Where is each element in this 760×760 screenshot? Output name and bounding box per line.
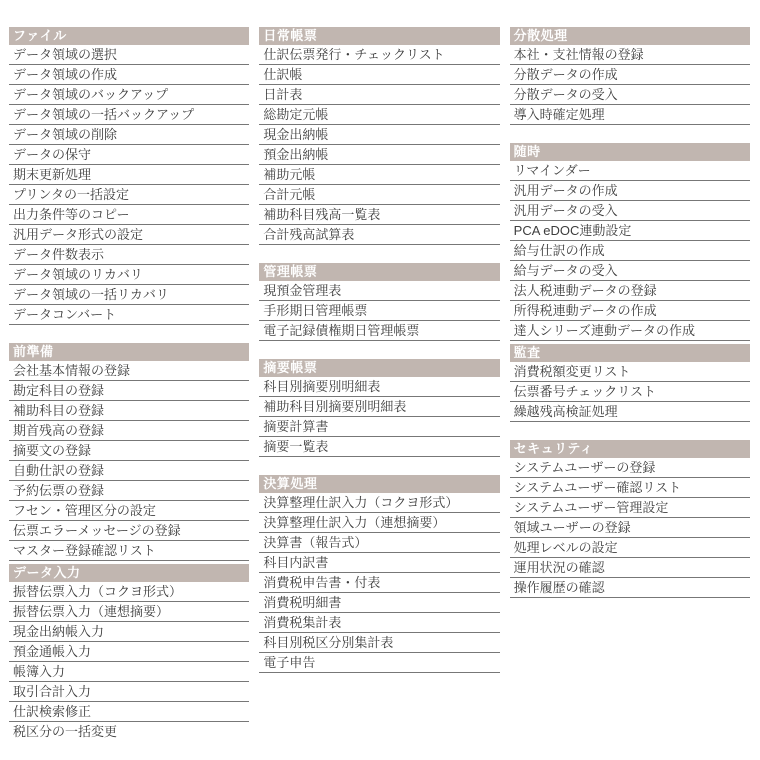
menu-item[interactable]: 消費税集計表: [259, 613, 499, 633]
menu-column-3: 分散処理本社・支社情報の登録分散データの作成分散データの受入導入時確定処理随時リ…: [510, 27, 750, 741]
menu-item-list: 科目別摘要別明細表補助科目別摘要別明細表摘要計算書摘要一覧表: [259, 377, 499, 457]
menu-item[interactable]: 科目別摘要別明細表: [259, 377, 499, 397]
menu-section: 分散処理本社・支社情報の登録分散データの作成分散データの受入導入時確定処理: [510, 27, 750, 125]
menu-item[interactable]: 分散データの作成: [510, 65, 750, 85]
menu-item[interactable]: 合計元帳: [259, 185, 499, 205]
menu-section: 随時リマインダー汎用データの作成汎用データの受入PCA eDOC連動設定給与仕訳…: [510, 143, 750, 341]
menu-item[interactable]: 科目内訳書: [259, 553, 499, 573]
menu-item[interactable]: データ領域の選択: [9, 45, 249, 65]
section-header: セキュリティ: [510, 440, 750, 458]
menu-item-list: 決算整理仕訳入力（コクヨ形式）決算整理仕訳入力（連想摘要）決算書（報告式）科目内…: [259, 493, 499, 673]
menu-item[interactable]: PCA eDOC連動設定: [510, 221, 750, 241]
menu-item[interactable]: 汎用データ形式の設定: [9, 225, 249, 245]
menu-section: 管理帳票現預金管理表手形期日管理帳票電子記録債権期日管理帳票: [259, 263, 499, 341]
menu-item[interactable]: 振替伝票入力（連想摘要）: [9, 602, 249, 622]
menu-item[interactable]: システムユーザー管理設定: [510, 498, 750, 518]
menu-item[interactable]: 現金出納帳入力: [9, 622, 249, 642]
menu-item[interactable]: 補助科目別摘要別明細表: [259, 397, 499, 417]
menu-item[interactable]: 預金出納帳: [259, 145, 499, 165]
menu-item[interactable]: 補助科目残高一覧表: [259, 205, 499, 225]
menu-item[interactable]: 現預金管理表: [259, 281, 499, 301]
section-header: 日常帳票: [259, 27, 499, 45]
menu-item[interactable]: 摘要文の登録: [9, 441, 249, 461]
menu-item[interactable]: データ領域の一括リカバリ: [9, 285, 249, 305]
menu-item[interactable]: 科目別税区分別集計表: [259, 633, 499, 653]
menu-item[interactable]: 法人税連動データの登録: [510, 281, 750, 301]
menu-item[interactable]: 日計表: [259, 85, 499, 105]
menu-item[interactable]: 取引合計入力: [9, 682, 249, 702]
section-header: 前準備: [9, 343, 249, 361]
menu-item-list: システムユーザーの登録システムユーザー確認リストシステムユーザー管理設定領域ユー…: [510, 458, 750, 598]
menu-section: 前準備会社基本情報の登録勘定科目の登録補助科目の登録期首残高の登録摘要文の登録自…: [9, 343, 249, 561]
menu-item[interactable]: 手形期日管理帳票: [259, 301, 499, 321]
menu-item[interactable]: 摘要一覧表: [259, 437, 499, 457]
menu-item[interactable]: プリンタの一括設定: [9, 185, 249, 205]
section-header: 随時: [510, 143, 750, 161]
menu-map: ファイルデータ領域の選択データ領域の作成データ領域のバックアップデータ領域の一括…: [0, 0, 760, 741]
menu-item[interactable]: 帳簿入力: [9, 662, 249, 682]
menu-column-2: 日常帳票仕訳伝票発行・チェックリスト仕訳帳日計表総勘定元帳現金出納帳預金出納帳補…: [259, 27, 499, 741]
menu-item[interactable]: データの保守: [9, 145, 249, 165]
menu-item[interactable]: 摘要計算書: [259, 417, 499, 437]
menu-item[interactable]: 導入時確定処理: [510, 105, 750, 125]
menu-item-list: 仕訳伝票発行・チェックリスト仕訳帳日計表総勘定元帳現金出納帳預金出納帳補助元帳合…: [259, 45, 499, 245]
menu-item[interactable]: 給与データの受入: [510, 261, 750, 281]
menu-item[interactable]: 処理レベルの設定: [510, 538, 750, 558]
menu-column-1: ファイルデータ領域の選択データ領域の作成データ領域のバックアップデータ領域の一括…: [9, 27, 249, 741]
menu-item[interactable]: リマインダー: [510, 161, 750, 181]
menu-item[interactable]: データ領域の一括バックアップ: [9, 105, 249, 125]
menu-item[interactable]: 本社・支社情報の登録: [510, 45, 750, 65]
menu-item[interactable]: 消費税申告書・付表: [259, 573, 499, 593]
menu-item[interactable]: 決算整理仕訳入力（コクヨ形式）: [259, 493, 499, 513]
menu-item[interactable]: 繰越残高検証処理: [510, 402, 750, 422]
menu-item[interactable]: データ領域の作成: [9, 65, 249, 85]
menu-item[interactable]: 仕訳検索修正: [9, 702, 249, 722]
section-header: 分散処理: [510, 27, 750, 45]
menu-item[interactable]: 預金通帳入力: [9, 642, 249, 662]
menu-section: 決算処理決算整理仕訳入力（コクヨ形式）決算整理仕訳入力（連想摘要）決算書（報告式…: [259, 475, 499, 673]
menu-item[interactable]: データ領域のリカバリ: [9, 265, 249, 285]
menu-item-list: リマインダー汎用データの作成汎用データの受入PCA eDOC連動設定給与仕訳の作…: [510, 161, 750, 341]
menu-item[interactable]: データコンバート: [9, 305, 249, 325]
menu-item[interactable]: 決算整理仕訳入力（連想摘要）: [259, 513, 499, 533]
menu-section: 日常帳票仕訳伝票発行・チェックリスト仕訳帳日計表総勘定元帳現金出納帳預金出納帳補…: [259, 27, 499, 245]
menu-item-list: データ領域の選択データ領域の作成データ領域のバックアップデータ領域の一括バックア…: [9, 45, 249, 325]
menu-item-list: 消費税額変更リスト伝票番号チェックリスト繰越残高検証処理: [510, 362, 750, 422]
menu-item[interactable]: データ領域の削除: [9, 125, 249, 145]
menu-item[interactable]: システムユーザー確認リスト: [510, 478, 750, 498]
menu-section: 監査消費税額変更リスト伝票番号チェックリスト繰越残高検証処理: [510, 344, 750, 422]
menu-item[interactable]: データ領域のバックアップ: [9, 85, 249, 105]
menu-item[interactable]: 達人シリーズ連動データの作成: [510, 321, 750, 341]
menu-item[interactable]: 予約伝票の登録: [9, 481, 249, 501]
menu-section: セキュリティシステムユーザーの登録システムユーザー確認リストシステムユーザー管理…: [510, 440, 750, 598]
menu-item[interactable]: 汎用データの作成: [510, 181, 750, 201]
menu-item[interactable]: 仕訳伝票発行・チェックリスト: [259, 45, 499, 65]
menu-item[interactable]: 操作履歴の確認: [510, 578, 750, 598]
section-header: データ入力: [9, 564, 249, 582]
menu-item[interactable]: 電子申告: [259, 653, 499, 673]
menu-item[interactable]: 給与仕訳の作成: [510, 241, 750, 261]
menu-item[interactable]: データ件数表示: [9, 245, 249, 265]
menu-item[interactable]: 補助元帳: [259, 165, 499, 185]
section-header: 管理帳票: [259, 263, 499, 281]
menu-item[interactable]: 税区分の一括変更: [9, 722, 249, 741]
menu-item-list: 振替伝票入力（コクヨ形式）振替伝票入力（連想摘要）現金出納帳入力預金通帳入力帳簿…: [9, 582, 249, 741]
menu-item[interactable]: 振替伝票入力（コクヨ形式）: [9, 582, 249, 602]
menu-item[interactable]: 勘定科目の登録: [9, 381, 249, 401]
menu-item[interactable]: 期首残高の登録: [9, 421, 249, 441]
menu-item[interactable]: 消費税額変更リスト: [510, 362, 750, 382]
menu-item[interactable]: 分散データの受入: [510, 85, 750, 105]
menu-item[interactable]: 電子記録債権期日管理帳票: [259, 321, 499, 341]
menu-item[interactable]: 自動仕訳の登録: [9, 461, 249, 481]
menu-item[interactable]: 仕訳帳: [259, 65, 499, 85]
menu-item[interactable]: 補助科目の登録: [9, 401, 249, 421]
menu-item[interactable]: 期末更新処理: [9, 165, 249, 185]
menu-item[interactable]: 会社基本情報の登録: [9, 361, 249, 381]
menu-item[interactable]: フセン・管理区分の設定: [9, 501, 249, 521]
menu-item[interactable]: 領域ユーザーの登録: [510, 518, 750, 538]
menu-item[interactable]: 所得税連動データの作成: [510, 301, 750, 321]
menu-section: データ入力振替伝票入力（コクヨ形式）振替伝票入力（連想摘要）現金出納帳入力預金通…: [9, 564, 249, 741]
menu-item[interactable]: 合計残高試算表: [259, 225, 499, 245]
menu-item[interactable]: 出力条件等のコピー: [9, 205, 249, 225]
section-header: 摘要帳票: [259, 359, 499, 377]
menu-item[interactable]: 汎用データの受入: [510, 201, 750, 221]
menu-item-list: 本社・支社情報の登録分散データの作成分散データの受入導入時確定処理: [510, 45, 750, 125]
menu-item[interactable]: 伝票エラーメッセージの登録: [9, 521, 249, 541]
menu-item[interactable]: 総勘定元帳: [259, 105, 499, 125]
menu-item[interactable]: 消費税明細書: [259, 593, 499, 613]
menu-item[interactable]: 運用状況の確認: [510, 558, 750, 578]
menu-item-list: 現預金管理表手形期日管理帳票電子記録債権期日管理帳票: [259, 281, 499, 341]
section-header: 決算処理: [259, 475, 499, 493]
menu-section: 摘要帳票科目別摘要別明細表補助科目別摘要別明細表摘要計算書摘要一覧表: [259, 359, 499, 457]
menu-item-list: 会社基本情報の登録勘定科目の登録補助科目の登録期首残高の登録摘要文の登録自動仕訳…: [9, 361, 249, 561]
menu-section: ファイルデータ領域の選択データ領域の作成データ領域のバックアップデータ領域の一括…: [9, 27, 249, 325]
section-header: 監査: [510, 344, 750, 362]
menu-item[interactable]: システムユーザーの登録: [510, 458, 750, 478]
menu-item[interactable]: 決算書（報告式）: [259, 533, 499, 553]
menu-item[interactable]: 現金出納帳: [259, 125, 499, 145]
menu-item[interactable]: 伝票番号チェックリスト: [510, 382, 750, 402]
menu-item[interactable]: マスター登録確認リスト: [9, 541, 249, 561]
section-header: ファイル: [9, 27, 249, 45]
